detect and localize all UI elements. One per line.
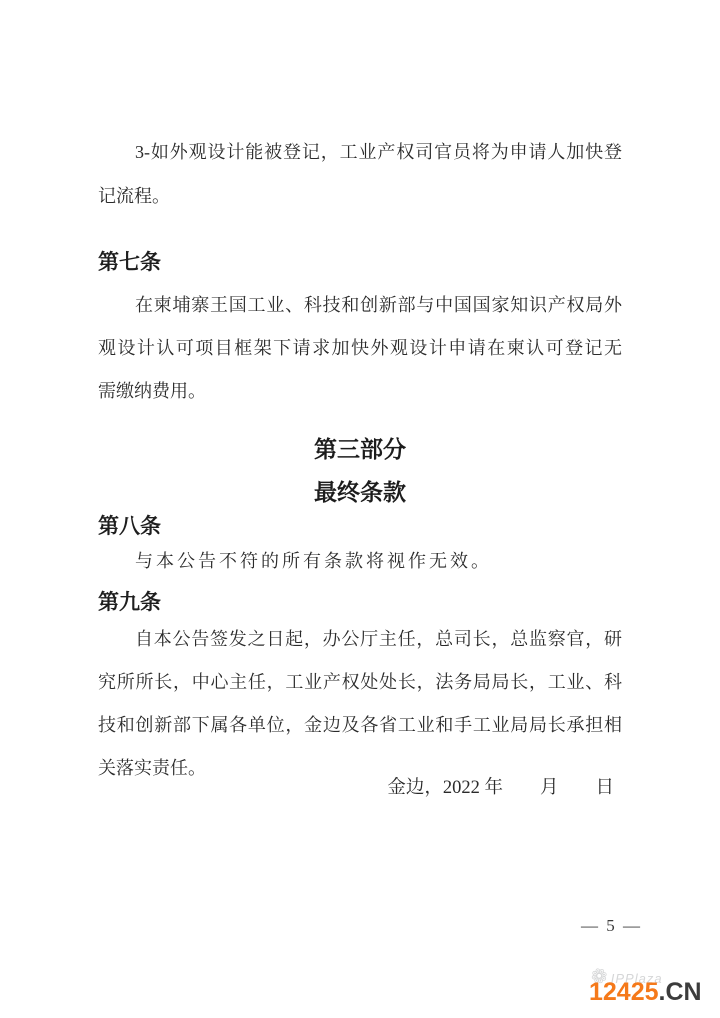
paragraph-line: 需缴纳费用。 [98,370,622,413]
paragraph-line: 自本公告签发之日起，办公厅主任，总司长，总监察官，研 [98,618,622,661]
paragraph-line: 观设计认可项目框架下请求加快外观设计申请在柬认可登记无 [98,327,622,370]
paragraph-line: 技和创新部下属各单位，金边及各省工业和手工业局局长承担相 [98,704,622,747]
paragraph-line: 与本公告不符的所有条款将视作无效。 [98,539,622,583]
article-8-paragraph: 与本公告不符的所有条款将视作无效。 [98,539,622,583]
document-page: 3-如外观设计能被登记，工业产权司官员将为申请人加快登 记流程。 第七条 在柬埔… [0,0,720,1018]
part-3-title: 第三部分 [98,428,622,471]
signature-date-line: 金边，2022 年 月 日 [98,775,622,801]
paragraph-line: 3-如外观设计能被登记，工业产权司官员将为申请人加快登 [98,130,622,174]
page-number: — 5 — [581,916,642,936]
article-8-heading: 第八条 [98,515,622,538]
watermark-brand: 12425.CN [589,978,702,1006]
paragraph-line: 记流程。 [98,174,622,218]
part-3-heading-block: 第三部分 最终条款 [98,428,622,514]
watermark-number: 12425 [589,978,659,1006]
paragraph-line: 究所所长，中心主任，工业产权处处长，法务局局长，工业、科 [98,661,622,704]
paragraph-line: 在柬埔寨王国工业、科技和创新部与中国国家知识产权局外 [98,284,622,327]
watermark: ❁IPPlaza 12425.CN [589,964,714,1010]
article-7-heading: 第七条 [98,251,622,274]
part-3-subtitle: 最终条款 [98,471,622,514]
article-7-paragraph: 在柬埔寨王国工业、科技和创新部与中国国家知识产权局外 观设计认可项目框架下请求加… [98,284,622,413]
watermark-suffix: .CN [659,978,702,1006]
article-9-paragraph: 自本公告签发之日起，办公厅主任，总司长，总监察官，研 究所所长，中心主任，工业产… [98,618,622,790]
article-9-heading: 第九条 [98,591,622,614]
paragraph-item3: 3-如外观设计能被登记，工业产权司官员将为申请人加快登 记流程。 [98,130,622,218]
